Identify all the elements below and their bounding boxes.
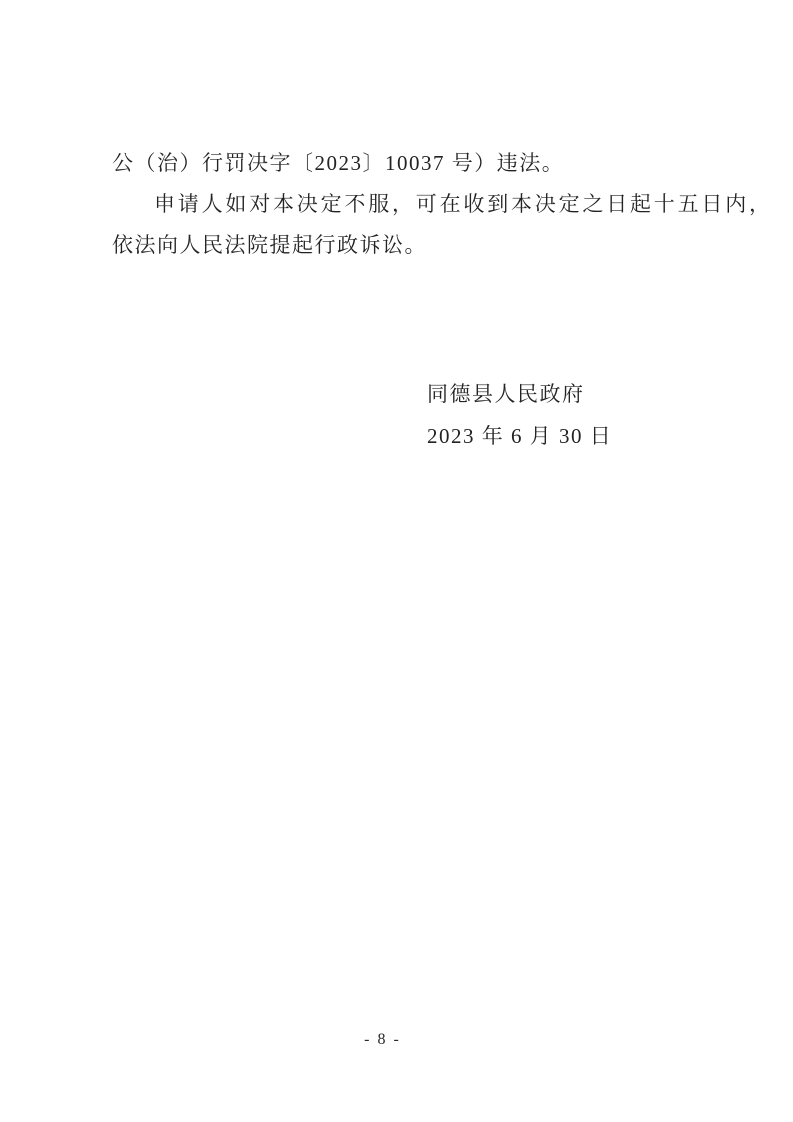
document-body: 公（治）行罚决字〔2023〕10037 号）违法。 申请人如对本决定不服，可在收…: [112, 143, 712, 266]
document-page: 公（治）行罚决字〔2023〕10037 号）违法。 申请人如对本决定不服，可在收…: [0, 0, 793, 1122]
issue-date: 2023 年 6 月 30 日: [427, 422, 612, 450]
issuer-name: 同德县人民政府: [427, 380, 612, 408]
page-number: - 8 -: [0, 1031, 765, 1049]
body-line-1: 公（治）行罚决字〔2023〕10037 号）违法。: [112, 143, 712, 184]
signature-block: 同德县人民政府 2023 年 6 月 30 日: [427, 380, 612, 450]
body-line-3: 依法向人民法院提起行政诉讼。: [112, 225, 712, 266]
body-line-2: 申请人如对本决定不服，可在收到本决定之日起十五日内，: [112, 184, 712, 225]
